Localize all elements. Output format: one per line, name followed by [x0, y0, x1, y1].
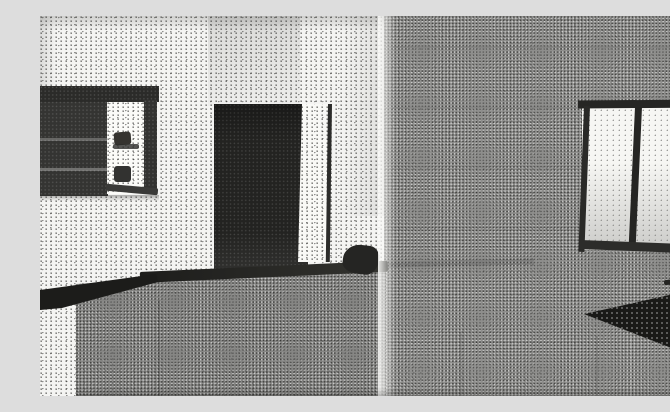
cabinet-seam — [596, 336, 598, 396]
left-window-glazing-bar — [40, 168, 108, 171]
left-window-handle — [114, 166, 131, 182]
cabinet-seam — [630, 336, 632, 396]
left-window-sill-shadow — [40, 195, 159, 201]
bottom-edge-shadow — [76, 388, 670, 396]
counter-panel-seam — [158, 300, 160, 396]
right-window — [578, 98, 670, 256]
right-window-top-frame — [578, 100, 670, 109]
right-window-glass — [582, 104, 670, 250]
left-window-top-rail — [40, 86, 159, 102]
doorway-opening — [214, 104, 308, 269]
left-window-stile — [144, 100, 157, 192]
doorway-top-shadow — [208, 16, 300, 106]
right-window-bottom-frame — [580, 240, 670, 254]
left-window-crossbar — [113, 144, 139, 149]
kitchen-photo: Black-and-white dithered photograph of a… — [40, 16, 670, 396]
wall-corner-highlight — [378, 16, 396, 396]
left-window-glazing-bar — [40, 138, 108, 141]
left-window-glass — [40, 86, 108, 196]
cabinet-seam — [460, 332, 462, 396]
wall-band-line — [392, 46, 670, 48]
